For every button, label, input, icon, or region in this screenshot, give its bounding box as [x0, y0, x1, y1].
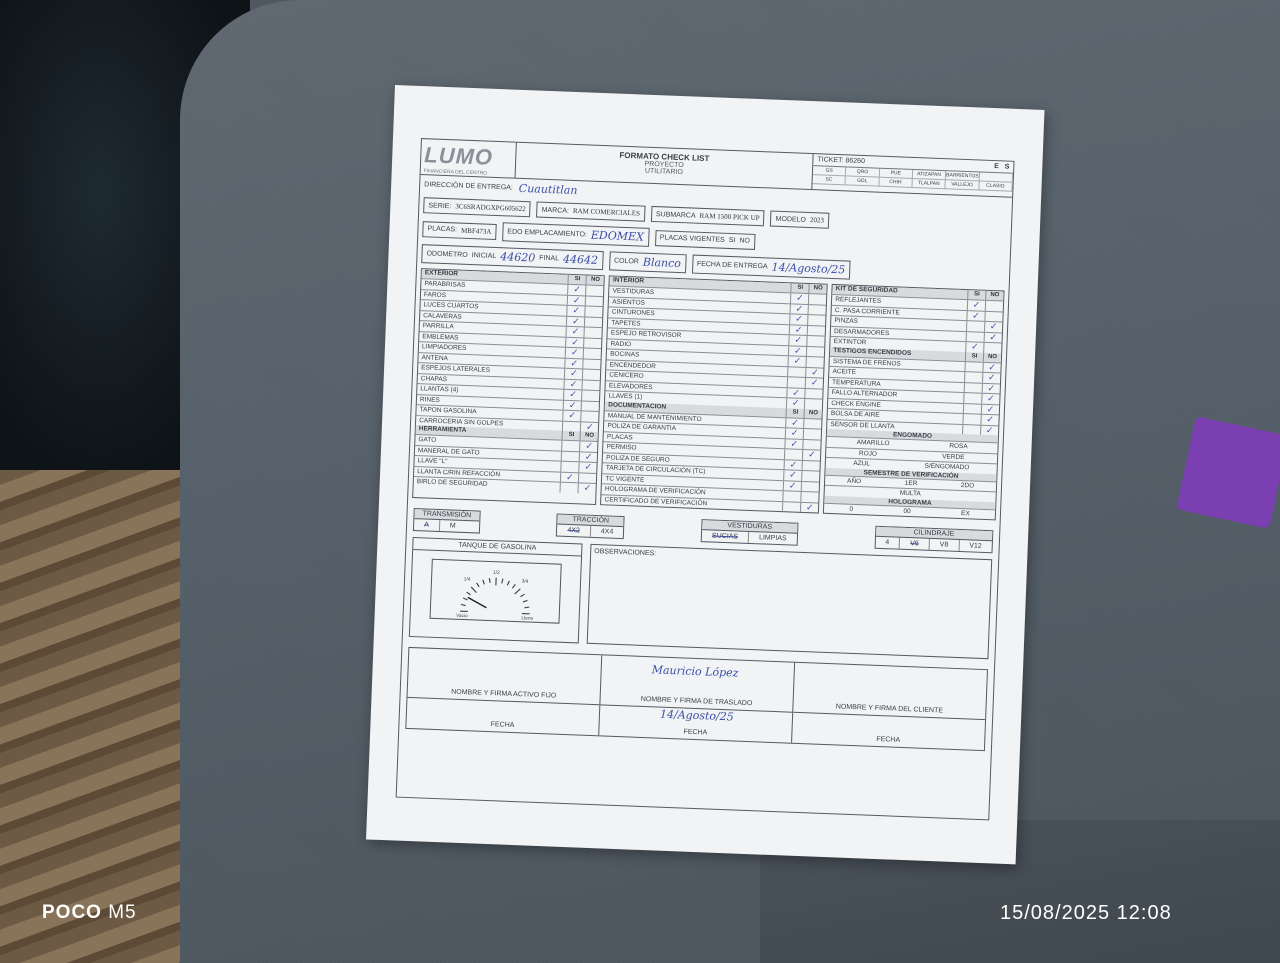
edo-value: EDOMEX	[591, 229, 644, 244]
fuel-tank-box: TANQUE DE GASOLINA Vacio1/41/23/4Lleno	[409, 537, 583, 643]
cliente-label: NOMBRE Y FIRMA DEL CLIENTE	[836, 703, 943, 714]
background-floor-mat	[0, 470, 190, 963]
placas-field[interactable]: PLACAS:MBF473A	[422, 221, 496, 240]
checkbox-si[interactable]	[966, 321, 984, 331]
ticket-label: TICKET:	[817, 156, 843, 164]
checkbox-no[interactable]	[985, 301, 1003, 311]
fuel-gauge-icon: Vacio1/41/23/4Lleno	[430, 559, 562, 624]
device-model: M5	[108, 902, 136, 923]
checkbox-no[interactable]: ✓	[980, 425, 998, 435]
checkbox-si[interactable]	[787, 367, 805, 377]
traslado-label: NOMBRE Y FIRMA DE TRASLADO	[641, 696, 753, 707]
checkbox-no[interactable]	[581, 411, 599, 421]
checkbox-si[interactable]	[963, 393, 981, 403]
checkbox-no[interactable]	[808, 305, 826, 315]
cliente-fecha-label: FECHA	[876, 736, 900, 744]
color-field[interactable]: COLORBlanco	[609, 251, 687, 273]
placas-vigentes-label: PLACAS VIGENTES	[660, 234, 725, 243]
branch-cell[interactable]: SC	[813, 175, 847, 185]
checkbox-no[interactable]	[807, 315, 825, 325]
placas-vigentes-no[interactable]: NO	[739, 237, 750, 244]
fecha-entrega-label: FECHA DE ENTREGA	[697, 261, 768, 271]
signature-section: NOMBRE Y FIRMA ACTIVO FIJO FECHA Maurici…	[405, 647, 988, 751]
cilindraje-option[interactable]: V6	[900, 538, 930, 550]
checkbox-si[interactable]: ✓	[789, 335, 807, 345]
checkbox-si[interactable]	[561, 441, 579, 451]
checkbox-si[interactable]: ✓	[785, 428, 803, 438]
checkbox-no[interactable]	[806, 346, 824, 356]
placas-value: MBF473A	[461, 226, 492, 235]
checkbox-si[interactable]	[962, 425, 980, 435]
signature-cliente[interactable]: NOMBRE Y FIRMA DEL CLIENTE FECHA	[792, 663, 987, 750]
checkbox-no[interactable]: ✓	[982, 383, 1000, 393]
checkbox-si[interactable]: ✓	[967, 300, 985, 310]
edo-label: EDO EMPLACAMIENTO:	[507, 228, 587, 238]
inicial-value: 44620	[500, 250, 535, 264]
checkbox-si[interactable]: ✓	[787, 388, 805, 398]
traccion-option[interactable]: 4X4	[591, 526, 624, 538]
checkbox-no[interactable]	[801, 471, 819, 481]
checkbox-si[interactable]: ✓	[789, 325, 807, 335]
inicial-label: INICIAL	[472, 252, 497, 260]
checkbox-no[interactable]	[584, 317, 602, 327]
cilindraje-option[interactable]: V12	[959, 540, 992, 552]
checkbox-si[interactable]	[964, 372, 982, 382]
checkbox-no[interactable]: ✓	[981, 394, 999, 404]
submarca-field[interactable]: SUBMARCARAM 1500 PICK UP	[651, 206, 765, 226]
branch-cell[interactable]: TLALPAN	[912, 179, 946, 189]
checkbox-si[interactable]: ✓	[564, 379, 582, 389]
checkbox-si[interactable]	[962, 414, 980, 424]
checkbox-si[interactable]	[561, 462, 579, 472]
serie-value: 3C6SRADGXPG605622	[455, 202, 526, 213]
svg-text:3/4: 3/4	[522, 579, 529, 585]
company-logo: LUMO FINANCIERA DEL CENTRO	[421, 139, 517, 178]
form-frame: LUMO FINANCIERA DEL CENTRO FORMATO CHECK…	[396, 138, 1015, 820]
checkbox-no[interactable]	[808, 294, 826, 304]
traslado-fecha-label: FECHA	[683, 729, 707, 737]
branch-e: E	[994, 163, 999, 170]
signature-traslado[interactable]: Mauricio López NOMBRE Y FIRMA DE TRASLAD…	[599, 655, 795, 742]
final-label: FINAL	[539, 255, 559, 263]
checkbox-si[interactable]: ✓	[565, 358, 583, 368]
checkbox-si[interactable]: ✓	[567, 306, 585, 316]
checkbox-no[interactable]	[583, 348, 601, 358]
checkbox-no[interactable]: ✓	[800, 502, 818, 512]
checkbox-no[interactable]: ✓	[980, 415, 998, 425]
edo-field[interactable]: EDO EMPLACAMIENTO:EDOMEX	[502, 222, 649, 247]
checkbox-no[interactable]	[803, 439, 821, 449]
option-cell[interactable]: ROSA	[946, 441, 971, 451]
branch-cell[interactable]: VALLEJO	[946, 180, 980, 190]
fecha-entrega-field[interactable]: FECHA DE ENTREGA14/Agosto/25	[692, 255, 851, 280]
checkbox-no[interactable]	[801, 492, 819, 502]
signature-activo-fijo[interactable]: NOMBRE Y FIRMA ACTIVO FIJO FECHA	[406, 648, 602, 735]
delivery-address-value[interactable]: Cuautitlan	[519, 182, 578, 197]
observaciones-box[interactable]: OBSERVACIONES:	[587, 544, 993, 659]
checkbox-si[interactable]: ✓	[790, 304, 808, 314]
option-cell[interactable]: 0	[846, 504, 856, 514]
fecha-entrega-value: 14/Agosto/25	[771, 261, 845, 277]
modelo-field[interactable]: MODELO2023	[770, 211, 829, 229]
marca-field[interactable]: MARCA:RAM COMERCIALES	[536, 202, 645, 222]
final-value: 44642	[563, 253, 598, 267]
activo-fijo-fecha-label: FECHA	[491, 721, 515, 729]
vestiduras-box: VESTIDURASSUCIASLIMPIAS	[701, 519, 798, 546]
lower-section: TANQUE DE GASOLINA Vacio1/41/23/4Lleno O…	[403, 535, 999, 662]
option-cell[interactable]: EX	[958, 508, 973, 518]
placas-vigentes-field[interactable]: PLACAS VIGENTESSINO	[655, 230, 756, 250]
checkbox-si[interactable]: ✓	[783, 470, 801, 480]
checkbox-si[interactable]: ✓	[567, 295, 585, 305]
svg-text:Vacio: Vacio	[456, 613, 468, 619]
photo-timestamp: 15/08/2025 12:08	[1000, 902, 1172, 925]
checkbox-si[interactable]: ✓	[565, 348, 583, 358]
cilindraje-option[interactable]: 4	[875, 537, 900, 549]
fuel-tank-title: TANQUE DE GASOLINA	[413, 538, 581, 556]
checkbox-no[interactable]	[578, 473, 596, 483]
checkbox-si[interactable]: ✓	[785, 439, 803, 449]
checkbox-si[interactable]: ✓	[566, 316, 584, 326]
checkbox-si[interactable]	[560, 483, 578, 493]
svg-text:1/4: 1/4	[464, 576, 471, 582]
checkbox-si[interactable]: ✓	[790, 293, 808, 303]
device-watermark: POCO M5	[42, 902, 137, 924]
serie-label: SERIE:	[428, 202, 451, 210]
checkbox-no[interactable]: ✓	[579, 441, 597, 451]
checkbox-si[interactable]	[561, 451, 579, 461]
checkbox-no[interactable]: ✓	[982, 362, 1000, 372]
option-cell[interactable]: AÑO	[844, 476, 864, 486]
checkbox-no[interactable]: ✓	[984, 322, 1002, 332]
serie-field[interactable]: SERIE:3C6SRADGXPG605622	[423, 197, 531, 217]
checkbox-si[interactable]	[783, 491, 801, 501]
checkbox-si[interactable]	[784, 449, 802, 459]
option-cell[interactable]: 00	[900, 506, 914, 516]
option-cell[interactable]: 1ER	[902, 478, 921, 488]
checkbox-si[interactable]: ✓	[567, 285, 585, 295]
activo-fijo-label: NOMBRE Y FIRMA ACTIVO FIJO	[451, 689, 556, 700]
submarca-value: RAM 1500 PICK UP	[699, 212, 759, 222]
traslado-handwritten-date: 14/Agosto/25	[660, 708, 734, 724]
checkbox-si[interactable]	[964, 362, 982, 372]
checkbox-no[interactable]	[583, 359, 601, 369]
option-cell[interactable]: VERDE	[939, 452, 968, 463]
kit-testigos-engomado-table: KIT DE SEGURIDADSINOREFLEJANTES✓C. PASA …	[823, 284, 1004, 520]
checkbox-si[interactable]: ✓	[788, 346, 806, 356]
checkbox-si[interactable]: ✓	[563, 390, 581, 400]
transmision-option[interactable]: M	[440, 520, 466, 532]
checkbox-si[interactable]: ✓	[789, 314, 807, 324]
checkbox-no[interactable]: ✓	[579, 452, 597, 462]
checklist-columns: EXTERIORSINOPARABRISAS✓FAROS✓LUCES CUART…	[408, 266, 1009, 523]
checkbox-no[interactable]	[582, 380, 600, 390]
color-value: Blanco	[643, 256, 682, 270]
checkbox-si[interactable]	[787, 377, 805, 387]
option-cell[interactable]: 2DO	[958, 480, 978, 490]
marca-value: RAM COMERCIALES	[573, 207, 640, 218]
checkbox-si[interactable]: ✓	[788, 356, 806, 366]
branch-cell[interactable]: GDL	[846, 176, 880, 186]
checkbox-si[interactable]	[966, 332, 984, 342]
checkbox-no[interactable]	[806, 357, 824, 367]
checkbox-no[interactable]	[807, 326, 825, 336]
transmision-option[interactable]: A	[414, 519, 440, 531]
checkbox-si[interactable]	[782, 502, 800, 512]
marca-label: MARCA:	[542, 206, 569, 214]
checkbox-no[interactable]: ✓	[578, 483, 596, 493]
placas-label: PLACAS:	[427, 225, 457, 233]
observaciones-label: OBSERVACIONES:	[594, 548, 656, 557]
checkbox-no[interactable]	[585, 296, 603, 306]
checkbox-no[interactable]: ✓	[805, 367, 823, 377]
checkbox-si[interactable]: ✓	[564, 369, 582, 379]
svg-text:Lleno: Lleno	[521, 615, 533, 621]
checkbox-no[interactable]	[802, 460, 820, 470]
interior-documentacion-table: INTERIORSINOVESTIDURAS✓ASIENTOS✓CINTURON…	[600, 275, 828, 513]
traccion-box: TRACCIÓN4X24X4	[556, 514, 625, 540]
placas-vigentes-si[interactable]: SI	[729, 237, 736, 244]
checkbox-no[interactable]: ✓	[984, 332, 1002, 342]
checkbox-si[interactable]: ✓	[563, 411, 581, 421]
checkbox-si[interactable]: ✓	[566, 327, 584, 337]
checkbox-no[interactable]: ✓	[982, 373, 1000, 383]
checkbox-no[interactable]: ✓	[802, 450, 820, 460]
modelo-value: 2023	[810, 216, 824, 225]
checkbox-si[interactable]: ✓	[560, 472, 578, 482]
cilindraje-box: CILINDRAJE4V6V8V12	[874, 526, 993, 554]
checkbox-si[interactable]: ✓	[563, 400, 581, 410]
option-cell[interactable]: AZUL	[850, 459, 873, 469]
transmision-box: TRANSMISIÓNAM	[413, 508, 480, 534]
odometro-label: ODOMETRO	[426, 250, 467, 259]
checkbox-no[interactable]	[803, 429, 821, 439]
option-cell[interactable]: AMARILLO	[854, 438, 893, 449]
option-cell[interactable]: ROJO	[856, 448, 880, 458]
branch-s: S	[1004, 163, 1009, 170]
cilindraje-option[interactable]: V8	[930, 539, 960, 551]
checkbox-si[interactable]: ✓	[784, 460, 802, 470]
checkbox-no[interactable]: ✓	[579, 462, 597, 472]
svg-text:1/2: 1/2	[493, 570, 500, 576]
checkbox-si[interactable]	[963, 404, 981, 414]
checkbox-no[interactable]	[581, 390, 599, 400]
checkbox-no[interactable]	[584, 327, 602, 337]
checkbox-si[interactable]: ✓	[783, 481, 801, 491]
checkbox-si[interactable]: ✓	[966, 311, 984, 321]
checkbox-si[interactable]	[964, 383, 982, 393]
checkbox-no[interactable]	[807, 336, 825, 346]
checkbox-no[interactable]	[984, 311, 1002, 321]
color-label: COLOR	[614, 258, 639, 266]
vestiduras-option[interactable]: LIMPIAS	[749, 532, 797, 545]
checkbox-no[interactable]	[801, 481, 819, 491]
checkbox-no[interactable]	[582, 369, 600, 379]
checkbox-no[interactable]	[804, 388, 822, 398]
checkbox-no[interactable]	[585, 285, 603, 295]
checkbox-si[interactable]: ✓	[785, 418, 803, 428]
checkbox-no[interactable]	[803, 418, 821, 428]
vestiduras-option[interactable]: SUCIAS	[702, 530, 749, 543]
checkbox-no[interactable]	[585, 306, 603, 316]
submarca-label: SUBMARCA	[656, 211, 696, 220]
device-brand: POCO	[42, 902, 102, 923]
checkbox-no[interactable]	[583, 338, 601, 348]
checkbox-no[interactable]: ✓	[805, 378, 823, 388]
logo-text: LUMO	[424, 142, 513, 171]
exterior-herramienta-table: EXTERIORSINOPARABRISAS✓FAROS✓LUCES CUART…	[412, 268, 605, 505]
checkbox-si[interactable]: ✓	[565, 337, 583, 347]
purple-object	[1176, 416, 1280, 529]
checklist-document: LUMO FINANCIERA DEL CENTRO FORMATO CHECK…	[366, 85, 1045, 864]
delivery-address-label: DIRECCIÓN DE ENTREGA:	[424, 181, 513, 191]
traslado-handwritten-name: Mauricio López	[651, 663, 738, 679]
modelo-label: MODELO	[775, 215, 806, 223]
checkbox-no[interactable]: ✓	[981, 404, 999, 414]
branch-cell[interactable]: CHIH	[879, 178, 913, 188]
branch-cell[interactable]: CLASIO	[979, 182, 1013, 192]
ticket-value: 86260	[845, 157, 865, 165]
traccion-option[interactable]: 4X2	[557, 525, 591, 537]
checkbox-no[interactable]	[581, 401, 599, 411]
